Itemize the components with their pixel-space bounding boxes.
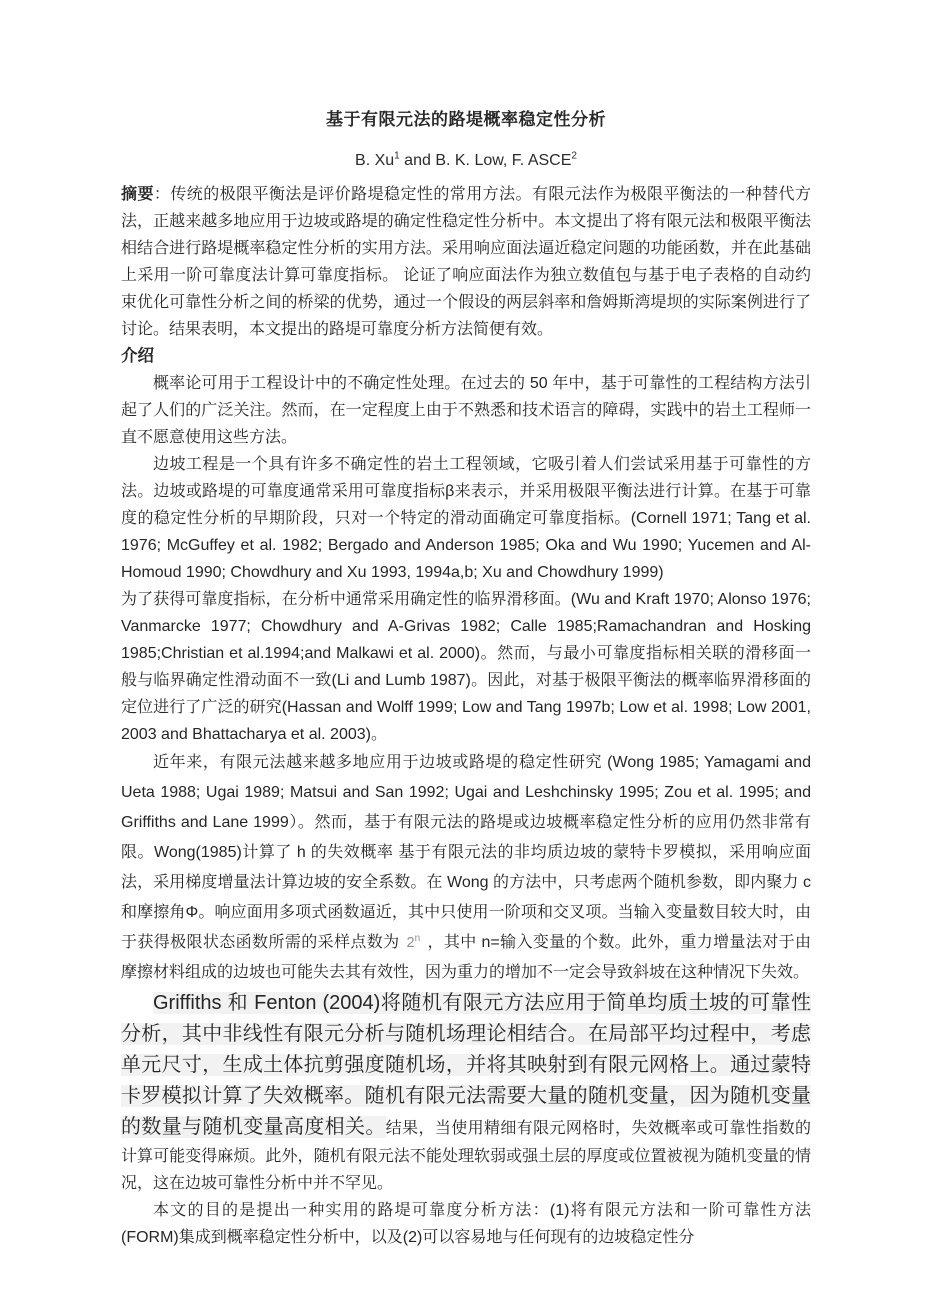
document-page: 基于有限元法的路堤概率稳定性分析 B. Xu1 and B. K. Low, F…	[0, 0, 926, 1309]
page-title: 基于有限元法的路堤概率稳定性分析	[121, 106, 811, 133]
paragraph-slope-engineering: 边坡工程是一个具有许多不确定性的岩土工程领域，它吸引着人们尝试采用基于可靠性的方…	[121, 451, 811, 586]
abstract-text: 传统的极限平衡法是评价路堤稳定性的常用方法。有限元法作为极限平衡法的一种替代方法…	[121, 186, 811, 338]
formula-base: 2	[407, 935, 415, 951]
section-heading-introduction: 介绍	[121, 343, 811, 370]
highlighted-large-text: Griffiths 和 Fenton (2004)将随机有限元方法应用于简单均质…	[121, 992, 811, 1138]
formula-exponent: n	[415, 933, 421, 944]
exponent-formula: 2n	[407, 935, 421, 951]
author-name-2: and B. K. Low, F. ASCE	[400, 152, 572, 169]
author-name-1: B. Xu	[355, 152, 394, 169]
fem-paragraph-text-before: 近年来，有限元法越来越多地应用于边坡或路堤的稳定性研究 (Wong 1985; …	[121, 754, 811, 951]
paragraph-fem-applications: 近年来，有限元法越来越多地应用于边坡或路堤的稳定性研究 (Wong 1985; …	[121, 748, 811, 988]
paragraph-critical-slip-surface: 为了获得可靠度指标，在分析中通常采用确定性的临界滑移面。(Wu and Kraf…	[121, 586, 811, 748]
abstract-label: 摘要	[121, 186, 154, 203]
author-superscript-2: 2	[571, 151, 577, 162]
paragraph-paper-purpose: 本文的目的是提出一种实用的路堤可靠度分析方法：(1)将有限元方法和一阶可靠性方法…	[121, 1197, 811, 1251]
abstract-paragraph: 摘要：传统的极限平衡法是评价路堤稳定性的常用方法。有限元法作为极限平衡法的一种替…	[121, 181, 811, 343]
paragraph-griffiths-fenton: Griffiths 和 Fenton (2004)将随机有限元方法应用于简单均质…	[121, 988, 811, 1197]
abstract-separator: ：	[154, 186, 170, 203]
authors-line: B. Xu1 and B. K. Low, F. ASCE2	[121, 147, 811, 174]
paragraph-probability-theory: 概率论可用于工程设计中的不确定性处理。在过去的 50 年中，基于可靠性的工程结构…	[121, 370, 811, 451]
